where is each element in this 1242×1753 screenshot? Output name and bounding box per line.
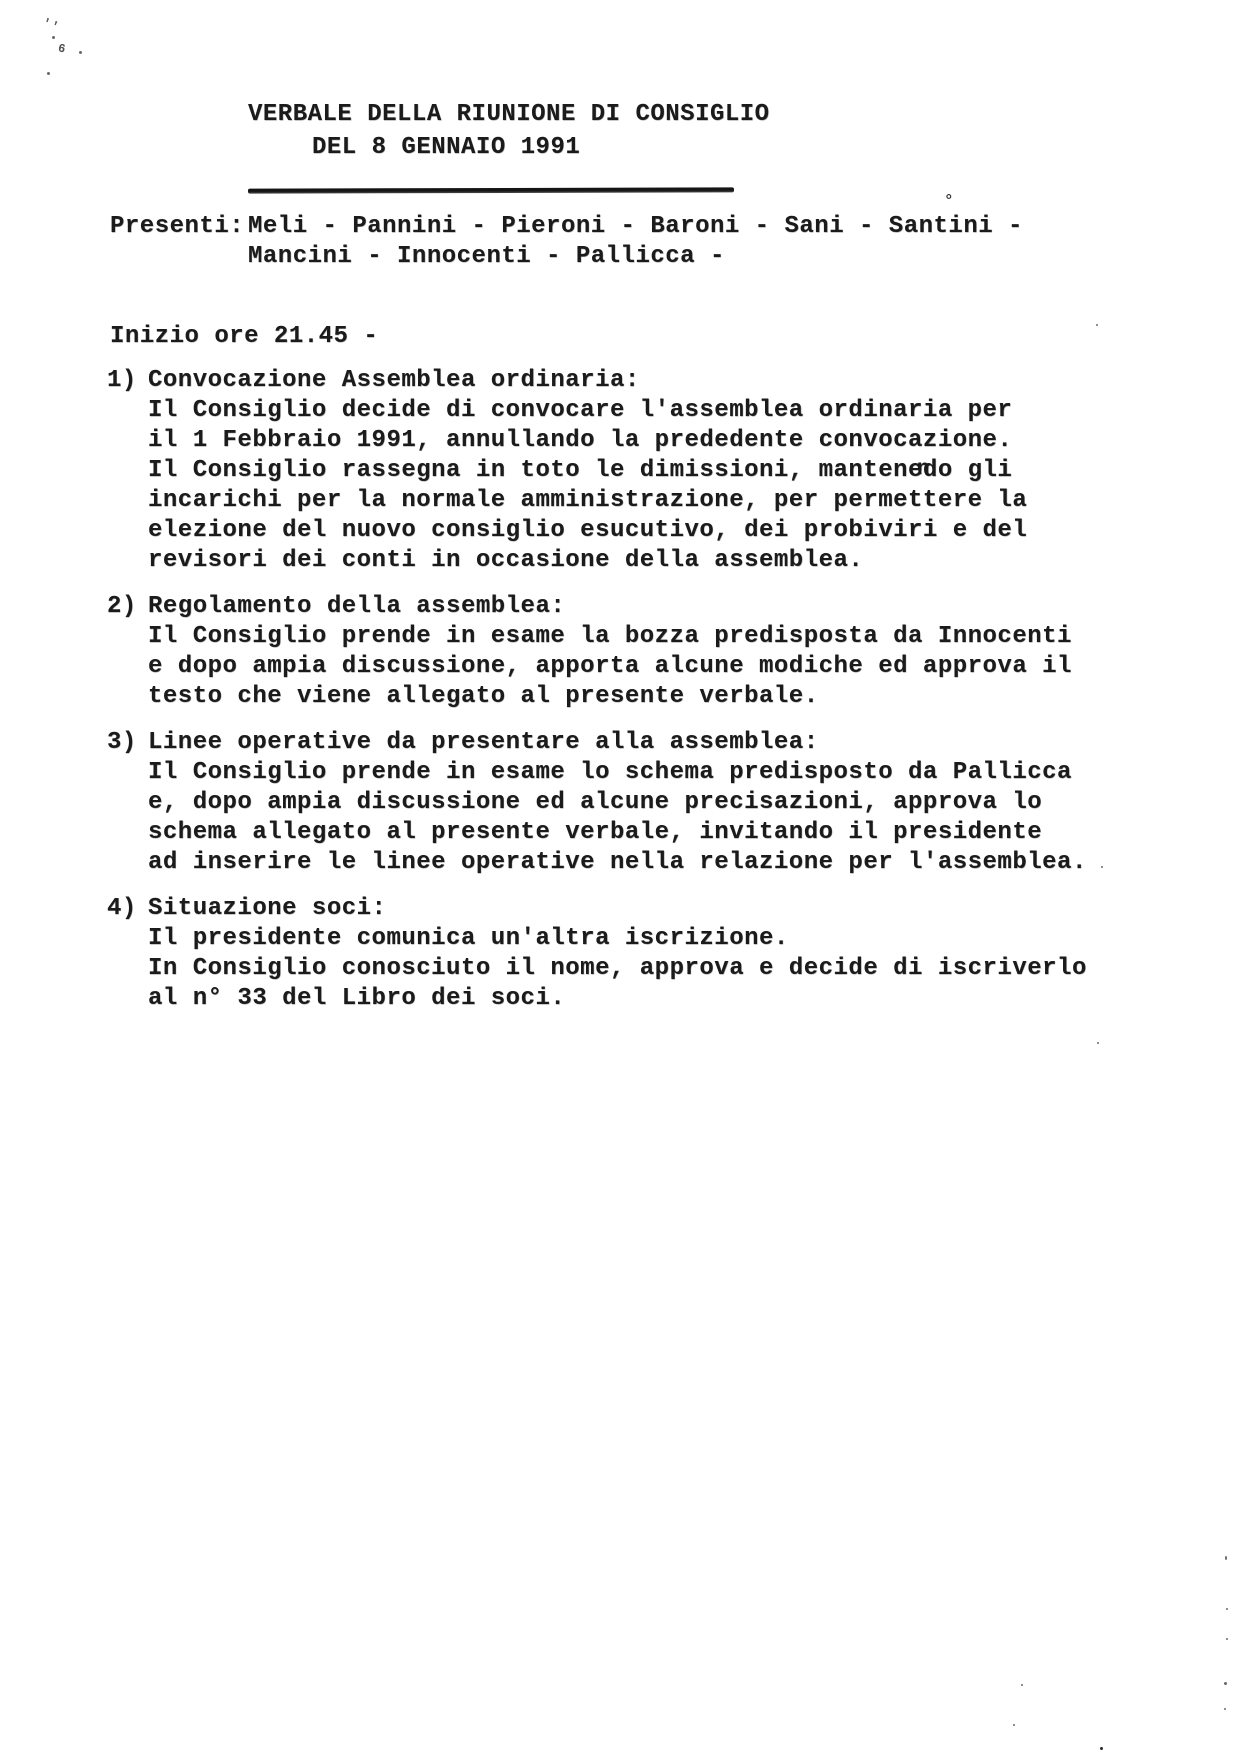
- attendees-line-1: Presenti:Meli - Pannini - Pieroni - Baro…: [110, 212, 1023, 242]
- agenda-item-1: 1)Convocazione Assemblea ordinaria: Il C…: [107, 366, 1087, 576]
- item-heading-text: Regolamento della assemblea:: [148, 593, 565, 620]
- inserted-letter: n: [917, 455, 930, 485]
- item-heading: 3)Linee operative da presentare alla ass…: [107, 728, 1087, 758]
- stray-typed-mark: °: [944, 192, 954, 210]
- item-line: In Consiglio conosciuto il nome, approva…: [107, 954, 1087, 984]
- scan-speck: [1226, 1608, 1228, 1610]
- agenda-items: 1)Convocazione Assemblea ordinaria: Il C…: [107, 366, 1087, 1030]
- line-pre: Il Consiglio rassegna in toto le dimissi…: [148, 457, 923, 484]
- scanned-meeting-minutes-page: '' 6 VERBALE DELLA RIUNIONE DI CONSIGLIO…: [0, 0, 1242, 1753]
- item-line: Il presidente comunica un'altra iscrizio…: [107, 924, 1087, 954]
- scan-speck: [47, 72, 50, 75]
- item-number: 3): [107, 728, 148, 758]
- attendees-label: Presenti:: [110, 212, 248, 242]
- item-line: Il Consiglio prende in esame lo schema p…: [107, 758, 1087, 788]
- scan-speck: [1096, 324, 1098, 326]
- scan-speck: [1101, 866, 1103, 868]
- scan-speck: [1225, 1556, 1227, 1560]
- item-line: testo che viene allegato al presente ver…: [107, 682, 1087, 712]
- item-line: ad inserire le linee operative nella rel…: [107, 848, 1087, 878]
- item-heading: 4)Situazione soci:: [107, 894, 1087, 924]
- item-number: 1): [107, 366, 148, 396]
- agenda-item-3: 3)Linee operative da presentare alla ass…: [107, 728, 1087, 878]
- item-heading: 1)Convocazione Assemblea ordinaria:: [107, 366, 1087, 396]
- item-number: 2): [107, 592, 148, 622]
- item-line: schema allegato al presente verbale, inv…: [107, 818, 1087, 848]
- item-line: elezione del nuovo consiglio esucutivo, …: [107, 516, 1087, 546]
- pencil-mark: '': [40, 15, 62, 35]
- item-line: e, dopo ampia discussione ed alcune prec…: [107, 788, 1087, 818]
- item-line: incarichi per la normale amministrazione…: [107, 486, 1087, 516]
- pencil-mark: 6: [57, 41, 67, 56]
- item-line-with-correction: Il Consiglio rassegna in toto le dimissi…: [107, 456, 1087, 486]
- item-heading-text: Situazione soci:: [148, 895, 386, 922]
- item-line: al n° 33 del Libro dei soci.: [107, 984, 1087, 1014]
- item-line: Il Consiglio prende in esame la bozza pr…: [107, 622, 1087, 652]
- item-heading: 2)Regolamento della assemblea:: [107, 592, 1087, 622]
- agenda-item-2: 2)Regolamento della assemblea: Il Consig…: [107, 592, 1087, 712]
- scan-speck: [1013, 1724, 1015, 1726]
- item-line: il 1 Febbraio 1991, annullando la preded…: [107, 426, 1087, 456]
- title-line-1: VERBALE DELLA RIUNIONE DI CONSIGLIO: [248, 98, 770, 131]
- item-number: 4): [107, 894, 148, 924]
- document-title: VERBALE DELLA RIUNIONE DI CONSIGLIO DEL …: [248, 98, 770, 164]
- scan-speck: [52, 36, 55, 39]
- item-line: e dopo ampia discussione, apporta alcune…: [107, 652, 1087, 682]
- item-heading-text: Linee operative da presentare alla assem…: [148, 729, 819, 756]
- scan-speck: [79, 51, 82, 54]
- title-line-2: DEL 8 GENNAIO 1991: [312, 131, 770, 164]
- scan-speck: [1097, 1042, 1099, 1044]
- title-underline-rule: [248, 187, 734, 193]
- scan-speck: [1224, 1708, 1226, 1710]
- item-line: revisori dei conti in occasione della as…: [107, 546, 1087, 576]
- start-time-line: Inizio ore 21.45 -: [110, 322, 378, 352]
- item-line: Il Consiglio decide di convocare l'assem…: [107, 396, 1087, 426]
- scan-speck: [1224, 1682, 1227, 1685]
- agenda-item-4: 4)Situazione soci: Il presidente comunic…: [107, 894, 1087, 1014]
- scan-speck: [1226, 1638, 1228, 1640]
- scan-speck: [1021, 1684, 1023, 1686]
- attendees-names-2: Mancini - Innocenti - Pallicca -: [248, 242, 1023, 272]
- item-heading-text: Convocazione Assemblea ordinaria:: [148, 367, 640, 394]
- line-post: do gli: [923, 457, 1012, 484]
- attendees-section: Presenti:Meli - Pannini - Pieroni - Baro…: [110, 212, 1023, 272]
- scan-speck: [1100, 1747, 1103, 1750]
- attendees-names-1: Meli - Pannini - Pieroni - Baroni - Sani…: [248, 213, 1023, 240]
